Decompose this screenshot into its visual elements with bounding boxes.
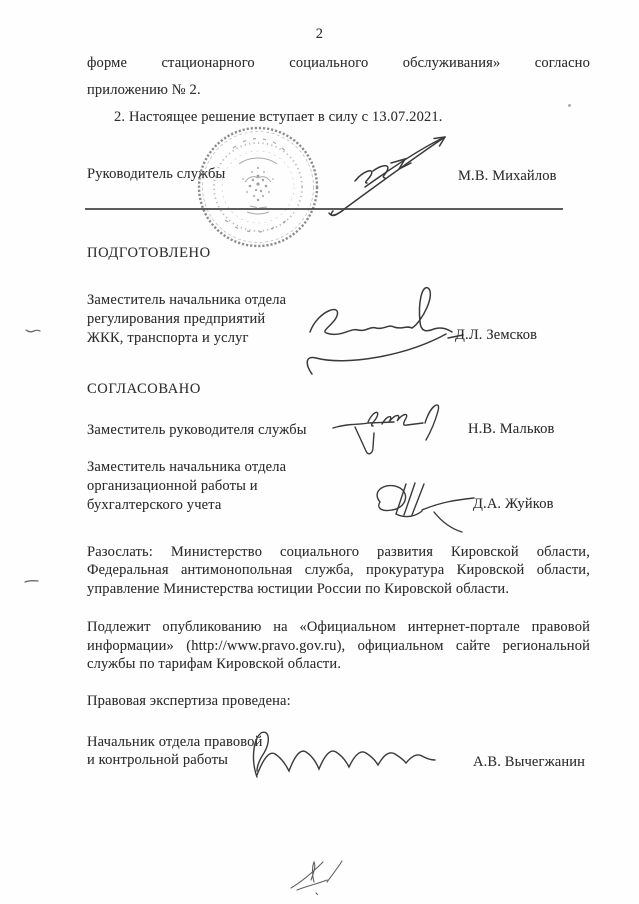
legal-signature: [245, 727, 440, 782]
agreed-first-name: Н.В. Мальков: [468, 421, 555, 438]
prepared-title-line-2: регулирования предприятий: [87, 311, 265, 328]
separator-line: [85, 208, 563, 210]
page-number: 2: [0, 26, 639, 43]
legal-title-line-1: Начальник отдела правовой: [87, 734, 262, 751]
legal-review-label: Правовая экспертиза проведена:: [87, 693, 291, 710]
distribution-line-1: Разослать: Министерство социального разв…: [87, 544, 590, 561]
legal-name: А.В. Вычегжанин: [473, 754, 585, 771]
intro-line-2: приложению № 2.: [87, 82, 201, 99]
distribution-line-2: Федеральная антимонопольная служба, прок…: [87, 562, 590, 579]
agreed-second-name: Д.А. Жуйков: [473, 496, 554, 513]
publication-line-3: службы по тарифам Кировской области.: [87, 656, 341, 673]
agreed-first-signature: [330, 395, 465, 463]
agreed-second-title-line-2: организационной работы и: [87, 478, 258, 495]
document-page: 2 форме стационарного социального обслуж…: [0, 0, 639, 904]
legal-title-line-2: и контрольной работы: [87, 752, 228, 769]
head-name: М.В. Михайлов: [458, 168, 557, 185]
publication-line-1: Подлежит опубликованию на «Официальном и…: [87, 619, 590, 636]
intro-line-1: форме стационарного социального обслужив…: [87, 55, 590, 72]
bottom-initials-mark: [283, 854, 353, 896]
distribution-line-3: управление Министерства юстиции России п…: [87, 581, 509, 598]
margin-tick-1: [24, 326, 42, 336]
agreed-second-title-line-3: бухгалтерского учета: [87, 497, 221, 514]
publication-line-2: информации» (http://www.pravo.gov.ru), о…: [87, 638, 590, 655]
agreed-heading: СОГЛАСОВАНО: [87, 381, 201, 398]
prepared-heading: ПОДГОТОВЛЕНО: [87, 245, 211, 262]
agreed-second-title-line-1: Заместитель начальника отдела: [87, 459, 286, 476]
prepared-signature: [296, 282, 466, 382]
prepared-name: Д.Л. Земсков: [455, 327, 537, 344]
agreed-first-title: Заместитель руководителя службы: [87, 422, 307, 439]
prepared-title-line-1: Заместитель начальника отдела: [87, 292, 286, 309]
prepared-title-line-3: ЖКК, транспорта и услуг: [87, 330, 249, 347]
head-signature: [303, 123, 453, 218]
margin-tick-2: [24, 577, 40, 585]
agreed-second-signature: [346, 474, 476, 534]
ink-speck: [568, 104, 571, 107]
